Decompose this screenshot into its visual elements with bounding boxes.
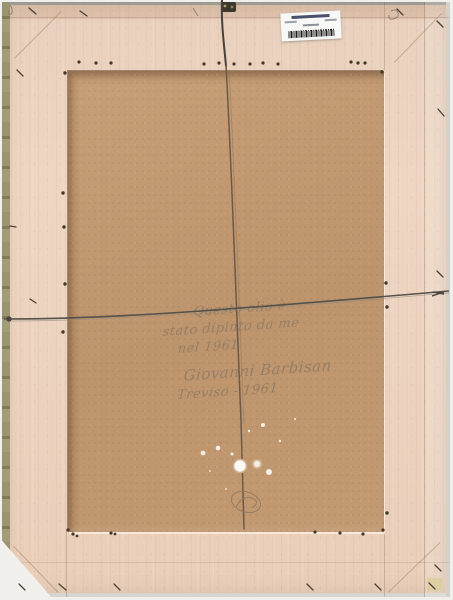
frame-right-plank (425, 2, 446, 597)
board-seam (66, 529, 67, 597)
board-seam (384, 2, 385, 70)
board-seam (424, 2, 425, 597)
mitre-joint (13, 546, 58, 593)
board-seam (384, 529, 385, 597)
label-text-line (303, 24, 319, 27)
frame-bottom-edge (2, 593, 450, 597)
board-groove (2, 17, 450, 18)
frame-right-edge (446, 2, 450, 597)
label-text-line (285, 19, 337, 24)
frame-gilded-outer-edge (2, 2, 10, 597)
barcode-icon (288, 29, 334, 38)
board-seam (2, 562, 450, 563)
photo-backdrop: Questo olio è stato dipinto da me nel 19… (0, 0, 453, 600)
auction-barcode-label (280, 10, 341, 41)
label-text-line (292, 14, 330, 19)
frame-back (2, 2, 450, 597)
artist-inscription: Questo olio è stato dipinto da me nel 19… (145, 293, 351, 406)
corner-patch (427, 578, 442, 591)
